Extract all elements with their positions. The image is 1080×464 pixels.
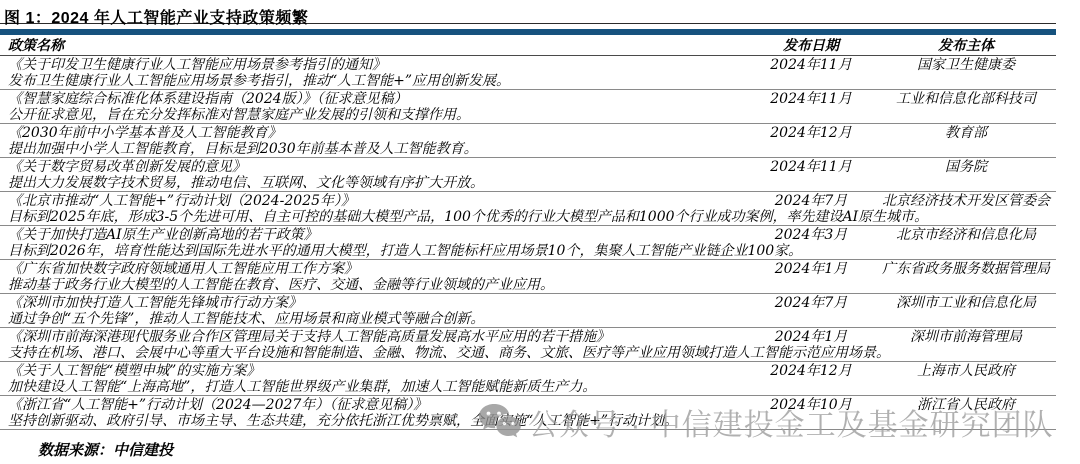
header-publisher: 发布主体 [876,38,1056,54]
policy-table: 政策名称 发布日期 发布主体 《关于印发卫生健康行业人工智能应用场景参考指引的通… [0,38,1056,430]
policy-publisher: 国家卫生健康委 [876,57,1056,73]
table-row: 《广东省加快数字政府领域通用人工智能应用工作方案》 2024年1月 广东省政务服… [0,260,1056,294]
policy-description: 目标到2026年，培育性能达到国际先进水平的通用大模型，打造人工智能标杆应用场景… [0,243,1056,259]
policy-publish-date: 2024年12月 [746,125,876,141]
policy-publish-date: 2024年11月 [746,91,876,107]
policy-name: 《关于印发卫生健康行业人工智能应用场景参考指引的通知》 [0,57,746,73]
policy-name: 《关于加快打造AI原生产业创新高地的若干政策》 [0,227,746,243]
header-publish-date: 发布日期 [746,38,876,54]
policy-publish-date: 2024年3月 [746,227,876,243]
policy-description: 提出大力发展数字技术贸易，推动电信、互联网、文化等领域有序扩大开放。 [0,175,1056,191]
policy-publish-date: 2024年11月 [746,57,876,73]
table-row: 《2030年前中小学基本普及人工智能教育》 2024年12月 教育部 提出加强中… [0,124,1056,158]
table-header-row: 政策名称 发布日期 发布主体 [0,38,1056,56]
policy-title-row: 《浙江省“人工智能+”行动计划（2024—2027年）（征求意见稿）》 2024… [0,397,1056,413]
figure-title: 图 1：2024 年人工智能产业支持政策频繁 [0,0,1080,23]
policy-publish-date: 2024年12月 [746,363,876,379]
policy-name: 《智慧家庭综合标准化体系建设指南（2024版）》（征求意见稿） [0,91,746,107]
policy-title-row: 《深圳市加快打造人工智能先锋城市行动方案》 2024年7月 深圳市工业和信息化局 [0,295,1056,311]
policy-publisher: 上海市人民政府 [876,363,1056,379]
header-policy-name: 政策名称 [0,38,746,54]
table-row: 《关于数字贸易改革创新发展的意见》 2024年11月 国务院 提出大力发展数字技… [0,158,1056,192]
policy-title-row: 《深圳市前海深港现代服务业合作区管理局关于支持人工智能高质量发展高水平应用的若干… [0,329,1056,345]
policy-name: 《深圳市加快打造人工智能先锋城市行动方案》 [0,295,746,311]
policy-name: 《2030年前中小学基本普及人工智能教育》 [0,125,746,141]
policy-publisher: 北京经济技术开发区管委会 [876,193,1056,209]
table-body: 《关于印发卫生健康行业人工智能应用场景参考指引的通知》 2024年11月 国家卫… [0,56,1056,430]
policy-publisher: 深圳市前海管理局 [876,329,1056,345]
policy-publish-date: 2024年10月 [746,397,876,413]
policy-publisher: 工业和信息化部科技司 [876,91,1056,107]
table-row: 《深圳市加快打造人工智能先锋城市行动方案》 2024年7月 深圳市工业和信息化局… [0,294,1056,328]
table-row: 《关于加快打造AI原生产业创新高地的若干政策》 2024年3月 北京市经济和信息… [0,226,1056,260]
policy-name: 《深圳市前海深港现代服务业合作区管理局关于支持人工智能高质量发展高水平应用的若干… [0,329,746,345]
policy-title-row: 《关于数字贸易改革创新发展的意见》 2024年11月 国务院 [0,159,1056,175]
policy-publish-date: 2024年7月 [746,193,876,209]
policy-name: 《北京市推动“人工智能+”行动计划（2024-2025年）》 [0,193,746,209]
policy-title-row: 《智慧家庭综合标准化体系建设指南（2024版）》（征求意见稿） 2024年11月… [0,91,1056,107]
policy-publish-date: 2024年7月 [746,295,876,311]
policy-publisher: 教育部 [876,125,1056,141]
policy-name: 《关于数字贸易改革创新发展的意见》 [0,159,746,175]
table-row: 《智慧家庭综合标准化体系建设指南（2024版）》（征求意见稿） 2024年11月… [0,90,1056,124]
policy-description: 加快建设人工智能“上海高地”，打造人工智能世界级产业集群，加速人工智能赋能新质生… [0,379,1056,395]
policy-title-row: 《关于人工智能“模塑申城”的实施方案》 2024年12月 上海市人民政府 [0,363,1056,379]
policy-description: 坚持创新驱动、政府引导、市场主导、生态共建，充分依托浙江优势禀赋，全面实施“人工… [0,413,1056,429]
policy-title-row: 《广东省加快数字政府领域通用人工智能应用工作方案》 2024年1月 广东省政务服… [0,261,1056,277]
policy-description: 发布卫生健康行业人工智能应用场景参考指引，推动“人工智能+”应用创新发展。 [0,73,1056,89]
policy-publisher: 浙江省人民政府 [876,397,1056,413]
policy-description: 支持在机场、港口、会展中心等重大平台设施和智能制造、金融、物流、交通、商务、文旅… [0,345,1056,361]
policy-description: 公开征求意见，旨在充分发挥标准对智慧家庭产业发展的引领和支撑作用。 [0,107,1056,123]
policy-publish-date: 2024年11月 [746,159,876,175]
policy-name: 《浙江省“人工智能+”行动计划（2024—2027年）（征求意见稿）》 [0,397,746,413]
policy-publish-date: 2024年1月 [746,261,876,277]
policy-title-row: 《关于加快打造AI原生产业创新高地的若干政策》 2024年3月 北京市经济和信息… [0,227,1056,243]
table-row: 《关于印发卫生健康行业人工智能应用场景参考指引的通知》 2024年11月 国家卫… [0,56,1056,90]
policy-description: 推动基于政务行业大模型的人工智能在教育、医疗、交通、金融等行业领域的产业应用。 [0,277,1056,293]
table-row: 《关于人工智能“模塑申城”的实施方案》 2024年12月 上海市人民政府 加快建… [0,362,1056,396]
policy-publish-date: 2024年1月 [746,329,876,345]
policy-title-row: 《关于印发卫生健康行业人工智能应用场景参考指引的通知》 2024年11月 国家卫… [0,57,1056,73]
policy-publisher: 国务院 [876,159,1056,175]
policy-publisher: 北京市经济和信息化局 [876,227,1056,243]
data-source-note: 数据来源：中信建投 [0,439,1080,460]
policy-description: 目标到2025年底，形成3-5个先进可用、自主可控的基础大模型产品，100个优秀… [0,209,1056,225]
policy-name: 《广东省加快数字政府领域通用人工智能应用工作方案》 [0,261,746,277]
policy-description: 通过争创“五个先锋”，推动人工智能技术、应用场景和商业模式等融合创新。 [0,311,1056,327]
policy-title-row: 《2030年前中小学基本普及人工智能教育》 2024年12月 教育部 [0,125,1056,141]
table-row: 《深圳市前海深港现代服务业合作区管理局关于支持人工智能高质量发展高水平应用的若干… [0,328,1056,362]
policy-title-row: 《北京市推动“人工智能+”行动计划（2024-2025年）》 2024年7月 北… [0,193,1056,209]
policy-publisher: 深圳市工业和信息化局 [876,295,1056,311]
accent-bar [0,29,1056,35]
table-row: 《北京市推动“人工智能+”行动计划（2024-2025年）》 2024年7月 北… [0,192,1056,226]
policy-publisher: 广东省政务服务数据管理局 [876,261,1056,277]
table-row: 《浙江省“人工智能+”行动计划（2024—2027年）（征求意见稿）》 2024… [0,396,1056,430]
policy-description: 提出加强中小学人工智能教育，目标是到2030年前基本普及人工智能教育。 [0,141,1056,157]
policy-name: 《关于人工智能“模塑申城”的实施方案》 [0,363,746,379]
